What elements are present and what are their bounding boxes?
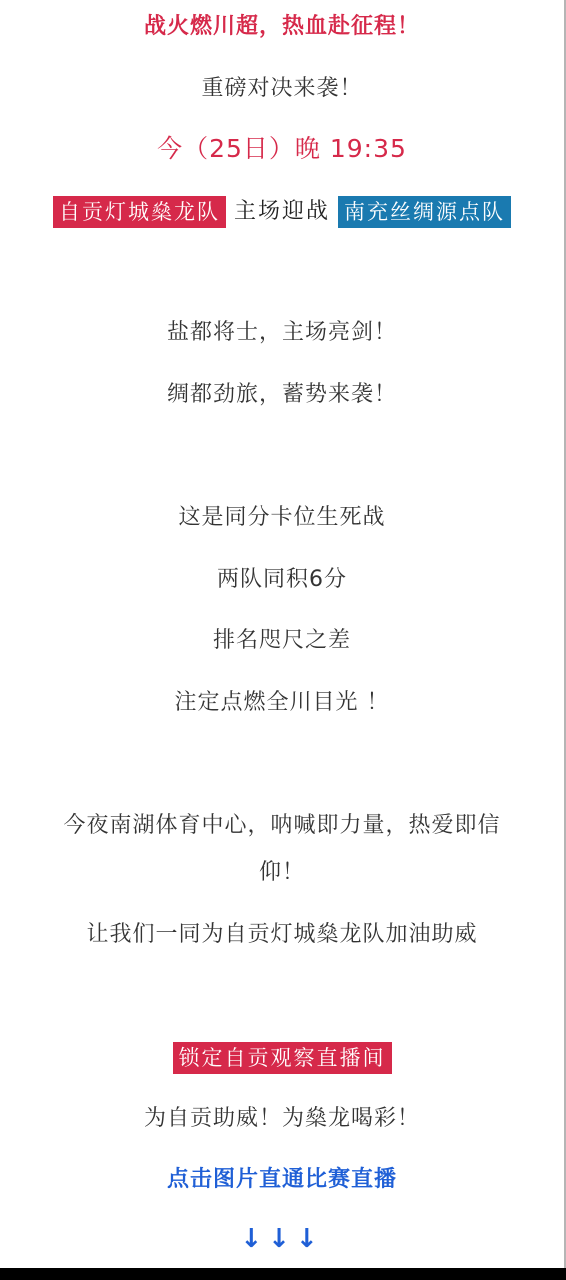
stanza2-line: 排名咫尺之差: [0, 626, 564, 656]
livestream-badge: 锁定自贡观察直播间: [173, 1042, 392, 1074]
stanza3-line: 今夜南湖体育中心，呐喊即力量，热爱即信: [0, 811, 564, 841]
subheadline: 重磅对决来袭！: [0, 74, 564, 104]
stanza2-line: 两队同积6分: [0, 565, 564, 595]
stanza2-line: 这是同分卡位生死战: [0, 503, 564, 533]
away-team-badge: 南充丝绸源点队: [338, 196, 511, 228]
home-team-badge: 自贡灯城燊龙队: [53, 196, 226, 228]
stanza3-line: 让我们一同为自贡灯城燊龙队加油助威: [0, 920, 564, 950]
headline: 战火燃川超，热血赴征程！: [0, 12, 564, 42]
cta-badge-row: 锁定自贡观察直播间: [0, 1042, 564, 1074]
stanza1-line: 盐都将士，主场亮剑！: [0, 318, 564, 348]
stanza1-line: 绸都劲旅，蓄势来袭！: [0, 380, 564, 410]
down-arrows-icon: ↓↓↓: [0, 1224, 564, 1254]
stanza3-line: 仰！: [0, 858, 564, 888]
match-datetime: 今（25日）晚 19:35: [0, 134, 564, 164]
match-row: 自贡灯城燊龙队 主场迎战 南充丝绸源点队: [0, 196, 564, 228]
vs-text: 主场迎战: [234, 197, 330, 227]
stanza2-line: 注定点燃全川目光 ！: [0, 688, 564, 718]
cheer-text: 为自贡助威！为燊龙喝彩！: [0, 1104, 564, 1134]
article-page: 战火燃川超，热血赴征程！ 重磅对决来袭！ 今（25日）晚 19:35 自贡灯城燊…: [0, 0, 566, 1268]
livestream-link[interactable]: 点击图片直通比赛直播: [0, 1165, 564, 1195]
